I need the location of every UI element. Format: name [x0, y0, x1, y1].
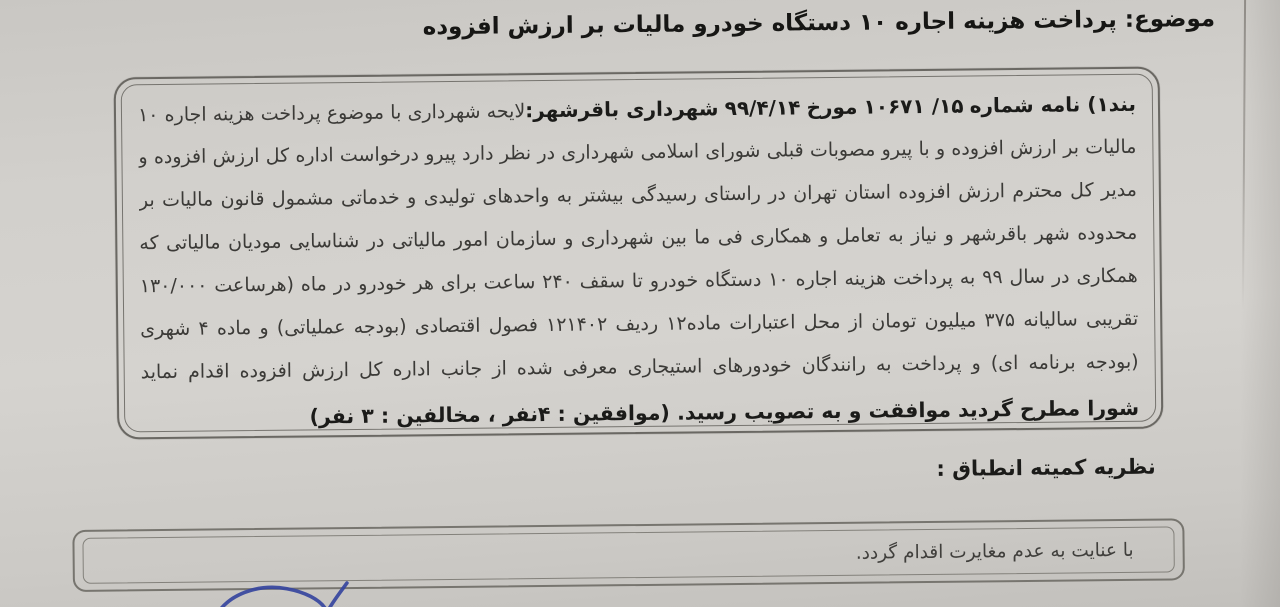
scanned-document-photo: { "document": { "subject_title": "موضوع:…: [0, 0, 1280, 607]
clause-label: بند۱) نامه شماره: [970, 92, 1137, 118]
municipality-label: شهرداری باقرشهر:: [525, 96, 719, 122]
committee-opinion-text: با عنایت به عدم مغایرت اقدام گردد.: [856, 539, 1174, 563]
document-subject-title: موضوع: پرداخت هزینه اجاره ۱۰ دستگاه خودر…: [423, 6, 1216, 40]
resolution-vote-result: شورا مطرح گردید موافقت و به تصویب رسید. …: [141, 387, 1139, 440]
signature-arc-stroke: [221, 587, 325, 607]
dated-label: مورخ: [806, 95, 857, 120]
resolution-line-7: (بودجه برنامه ای) و پرداخت به رانندگان خ…: [140, 341, 1138, 394]
resolution-box: بند۱) نامه شماره ۱۰۶۷۱ /۱۵ مورخ ۹۹/۴/۱۴ …: [114, 67, 1164, 440]
resolution-box-inner-border: بند۱) نامه شماره ۱۰۶۷۱ /۱۵ مورخ ۹۹/۴/۱۴ …: [121, 74, 1157, 433]
committee-heading: نظریه کمیته انطباق :: [936, 455, 1156, 481]
signature-ink: [215, 579, 365, 607]
letter-date: ۹۹/۴/۱۴: [725, 95, 801, 120]
signature-slash-stroke: [328, 583, 347, 607]
committee-opinion-inner-border: با عنایت به عدم مغایرت اقدام گردد.: [82, 526, 1174, 583]
paper-sheet: موضوع: پرداخت هزینه اجاره ۱۰ دستگاه خودر…: [0, 0, 1280, 607]
letter-number: ۱۰۶۷۱ /۱۵: [863, 94, 963, 119]
